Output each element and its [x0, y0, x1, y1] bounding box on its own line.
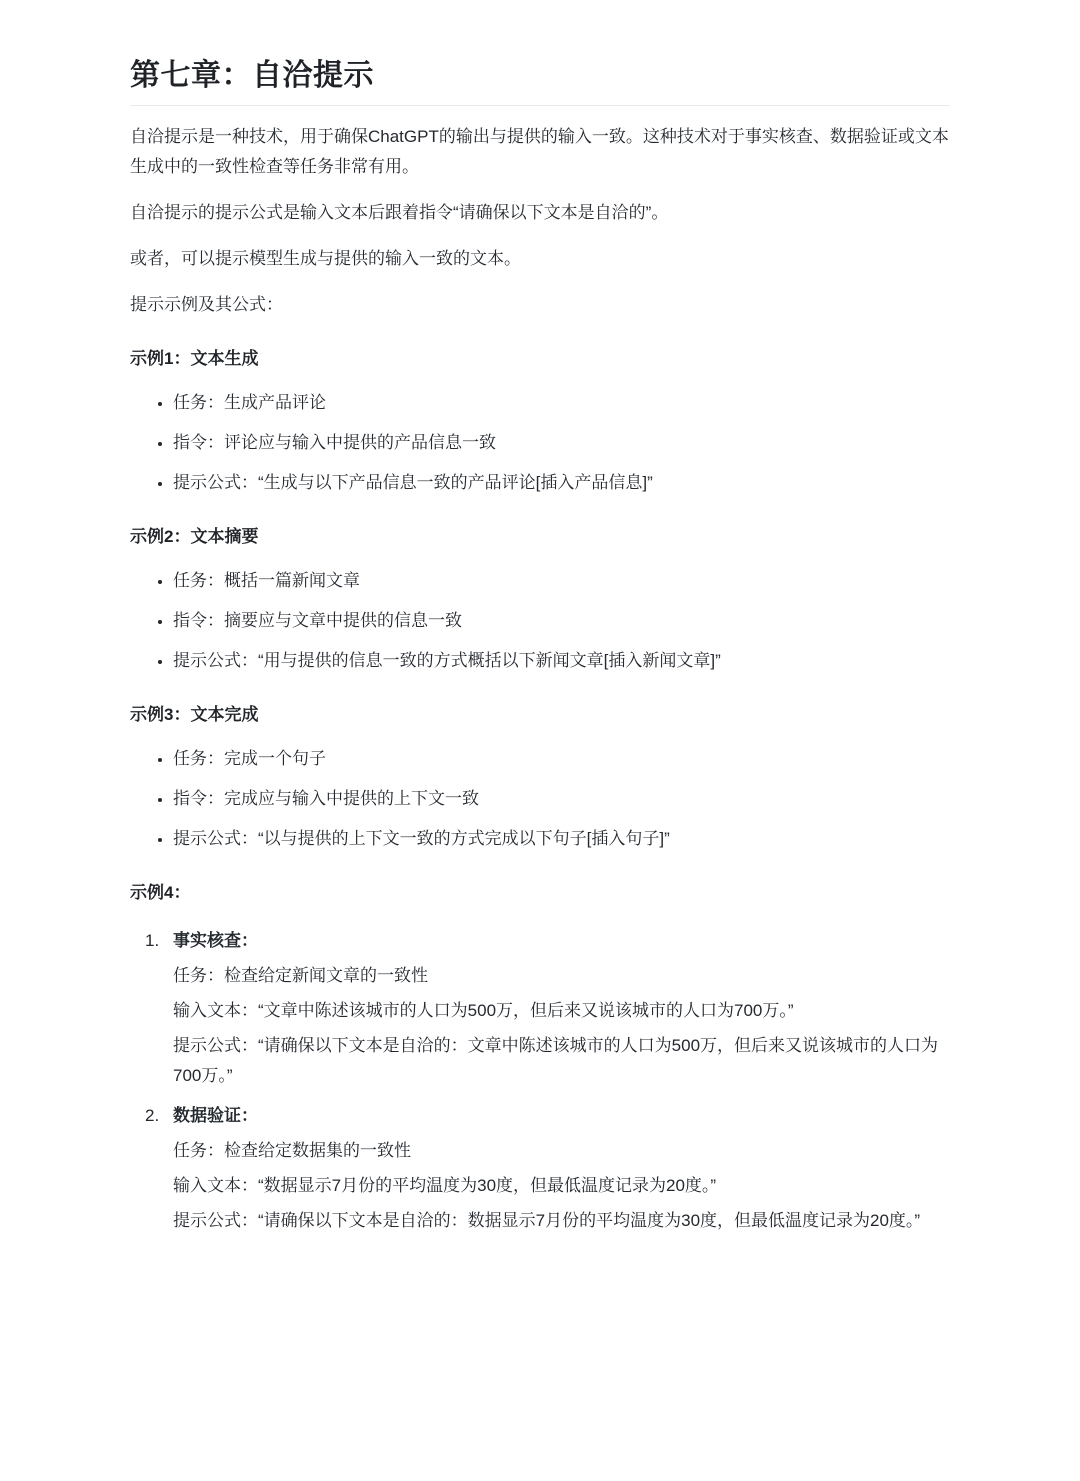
example-3-list: 任务：完成一个句子 指令：完成应与输入中提供的上下文一致 提示公式：“以与提供的… — [130, 744, 950, 854]
list-item: 任务：概括一篇新闻文章 — [173, 566, 950, 596]
list-item: 任务：完成一个句子 — [173, 744, 950, 774]
intro-paragraph-3: 或者，可以提示模型生成与提供的输入一致的文本。 — [130, 244, 950, 274]
example-3-heading: 示例3：文本完成 — [130, 700, 950, 730]
numbered-item-fact-check: 1. 事实核查： 任务：检查给定新闻文章的一致性 输入文本：“文章中陈述该城市的… — [173, 926, 950, 1091]
list-item: 指令：评论应与输入中提供的产品信息一致 — [173, 428, 950, 458]
item-line: 任务：检查给定新闻文章的一致性 — [173, 961, 950, 991]
intro-paragraph-1: 自洽提示是一种技术，用于确保ChatGPT的输出与提供的输入一致。这种技术对于事… — [130, 122, 950, 182]
document-page: 第七章：自洽提示 自洽提示是一种技术，用于确保ChatGPT的输出与提供的输入一… — [130, 0, 950, 1481]
list-item: 提示公式：“生成与以下产品信息一致的产品评论[插入产品信息]” — [173, 468, 950, 498]
item-title: 数据验证： — [173, 1101, 950, 1131]
list-item: 指令：摘要应与文章中提供的信息一致 — [173, 606, 950, 636]
item-line: 输入文本：“文章中陈述该城市的人口为500万，但后来又说该城市的人口为700万。… — [173, 996, 950, 1026]
list-item: 提示公式：“以与提供的上下文一致的方式完成以下句子[插入句子]” — [173, 824, 950, 854]
example-2-list: 任务：概括一篇新闻文章 指令：摘要应与文章中提供的信息一致 提示公式：“用与提供… — [130, 566, 950, 676]
numbered-item-data-validation: 2. 数据验证： 任务：检查给定数据集的一致性 输入文本：“数据显示7月份的平均… — [173, 1101, 950, 1236]
item-number: 2. — [145, 1101, 159, 1131]
item-number: 1. — [145, 926, 159, 956]
list-item: 指令：完成应与输入中提供的上下文一致 — [173, 784, 950, 814]
example-1-heading: 示例1：文本生成 — [130, 344, 950, 374]
example-2-heading: 示例2：文本摘要 — [130, 522, 950, 552]
list-item: 提示公式：“用与提供的信息一致的方式概括以下新闻文章[插入新闻文章]” — [173, 646, 950, 676]
intro-paragraph-2: 自洽提示的提示公式是输入文本后跟着指令“请确保以下文本是自洽的”。 — [130, 198, 950, 228]
item-line: 输入文本：“数据显示7月份的平均温度为30度，但最低温度记录为20度。” — [173, 1171, 950, 1201]
intro-paragraph-4: 提示示例及其公式： — [130, 290, 950, 320]
list-item: 任务：生成产品评论 — [173, 388, 950, 418]
example-1-list: 任务：生成产品评论 指令：评论应与输入中提供的产品信息一致 提示公式：“生成与以… — [130, 388, 950, 498]
example-4-list: 1. 事实核查： 任务：检查给定新闻文章的一致性 输入文本：“文章中陈述该城市的… — [130, 926, 950, 1236]
page-title: 第七章：自洽提示 — [130, 56, 950, 106]
item-title: 事实核查： — [173, 926, 950, 956]
item-line: 提示公式：“请确保以下文本是自洽的：数据显示7月份的平均温度为30度，但最低温度… — [173, 1206, 950, 1236]
example-4-heading: 示例4： — [130, 878, 950, 908]
item-line: 任务：检查给定数据集的一致性 — [173, 1136, 950, 1166]
item-line: 提示公式：“请确保以下文本是自洽的：文章中陈述该城市的人口为500万，但后来又说… — [173, 1031, 950, 1091]
